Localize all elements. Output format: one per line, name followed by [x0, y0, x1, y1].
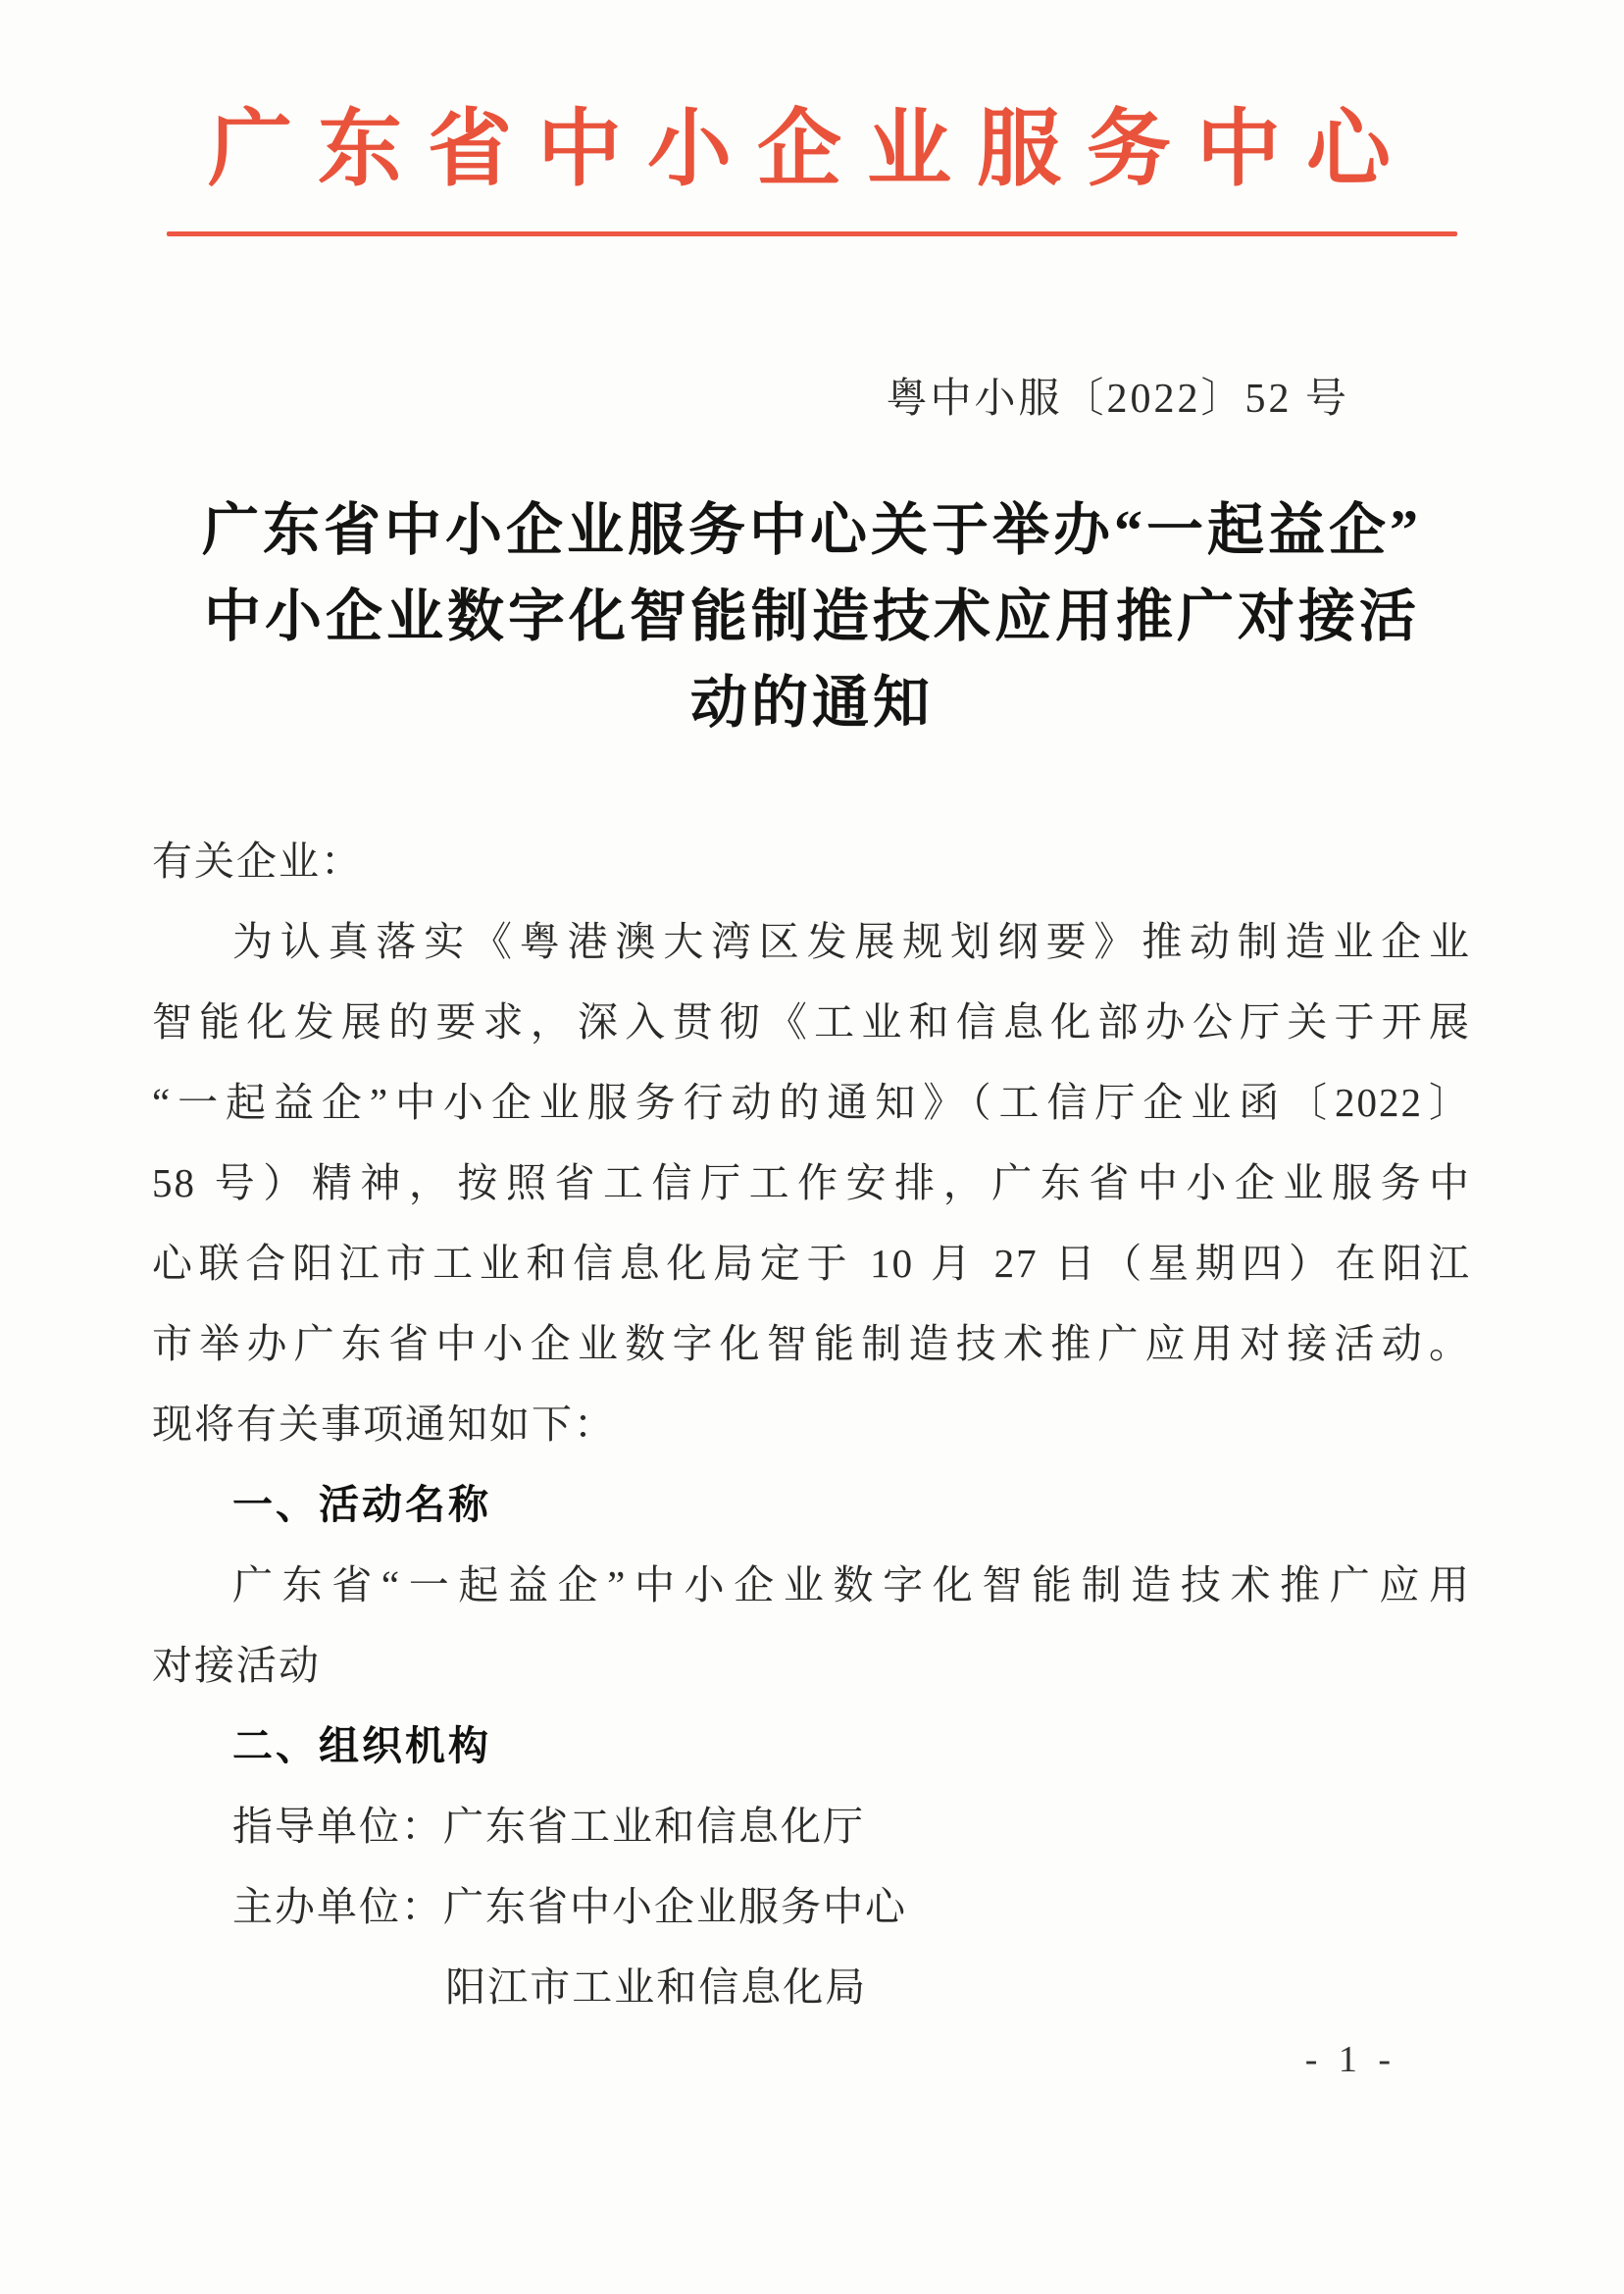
org-line-guidance-unit: 指导单位：广东省工业和信息化厅 — [152, 1786, 1471, 1866]
org-line-host-unit: 主办单位：广东省中小企业服务中心 — [152, 1866, 1471, 1947]
letterhead-title: 广东省中小企业服务中心 — [0, 0, 1624, 204]
section-heading-activity-name: 一、活动名称 — [152, 1464, 1471, 1545]
document-page: 广东省中小企业服务中心 粤中小服〔2022〕52 号 广东省中小企业服务中心关于… — [0, 0, 1624, 2294]
page-number: - 1 - — [1305, 2038, 1624, 2081]
notice-body: 有关企业： 为认真落实《粤港澳大湾区发展规划纲要》推动制造业企业 智能化发展的要… — [152, 821, 1471, 2027]
paragraph-line: 市举办广东省中小企业数字化智能制造技术推广应用对接活动。 — [152, 1303, 1471, 1384]
section1-line: 对接活动 — [152, 1625, 1471, 1706]
letterhead-divider — [167, 231, 1457, 236]
paragraph-line: 智能化发展的要求，深入贯彻《工业和信息化部办公厅关于开展 — [152, 982, 1471, 1062]
notice-title-line-3: 动的通知 — [0, 660, 1624, 746]
notice-title-line-2: 中小企业数字化智能制造技术应用推广对接活 — [0, 574, 1624, 660]
paragraph-line: “一起益企”中小企业服务行动的通知》（工信厅企业函〔2022〕 — [152, 1062, 1471, 1143]
paragraph-line: 现将有关事项通知如下： — [152, 1384, 1471, 1464]
paragraph-line: 为认真落实《粤港澳大湾区发展规划纲要》推动制造业企业 — [152, 901, 1471, 982]
section-heading-organization: 二、组织机构 — [152, 1706, 1471, 1786]
notice-title-line-1: 广东省中小企业服务中心关于举办“一起益企” — [0, 487, 1624, 574]
document-number: 粤中小服〔2022〕52 号 — [0, 374, 1624, 425]
section1-line: 广东省“一起益企”中小企业数字化智能制造技术推广应用 — [152, 1545, 1471, 1625]
org-line-co-host: 阳江市工业和信息化局 — [152, 1947, 1471, 2027]
notice-title: 广东省中小企业服务中心关于举办“一起益企” 中小企业数字化智能制造技术应用推广对… — [0, 487, 1624, 746]
salutation: 有关企业： — [152, 821, 1471, 901]
paragraph-line: 心联合阳江市工业和信息化局定于 10 月 27 日（星期四）在阳江 — [152, 1223, 1471, 1303]
paragraph-line: 58 号）精神，按照省工信厅工作安排，广东省中小企业服务中 — [152, 1143, 1471, 1223]
